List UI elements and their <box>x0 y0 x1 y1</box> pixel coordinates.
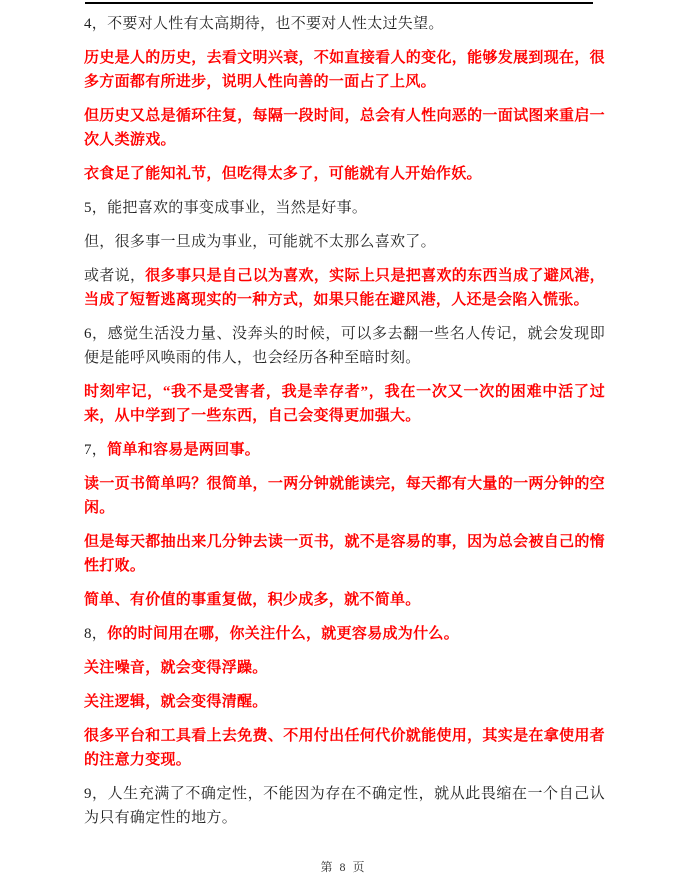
emphasis-text: 很多平台和工具看上去免费、不用付出任何代价就能使用，其实是在拿使用者的注意力变现… <box>84 728 605 768</box>
page-number-label: 第 8 页 <box>320 860 366 874</box>
paragraph: 8，你的时间用在哪，你关注什么，就更容易成为什么。 <box>84 622 605 646</box>
emphasis-text: 但是每天都抽出来几分钟去读一页书，就不是容易的事，因为总会被自己的惰性打败。 <box>84 534 605 574</box>
body-text: 4，不要对人性有太高期待，也不要对人性太过失望。 <box>84 16 444 32</box>
body-text: 5，能把喜欢的事变成事业，当然是好事。 <box>84 200 367 216</box>
emphasis-text: 你的时间用在哪，你关注什么，就更容易成为什么。 <box>107 626 459 642</box>
paragraph: 6，感觉生活没力量、没奔头的时候，可以多去翻一些名人传记，就会发现即便是能呼风唤… <box>84 322 605 370</box>
body-text: 6，感觉生活没力量、没奔头的时候，可以多去翻一些名人传记，就会发现即便是能呼风唤… <box>84 326 605 366</box>
emphasis-text: 但历史又总是循环往复，每隔一段时间，总会有人性向恶的一面试图来重启一次人类游戏。 <box>84 108 605 148</box>
paragraph: 很多平台和工具看上去免费、不用付出任何代价就能使用，其实是在拿使用者的注意力变现… <box>84 724 605 772</box>
body-text: 7， <box>84 442 107 458</box>
emphasis-text: 关注逻辑，就会变得清醒。 <box>84 694 268 710</box>
paragraph: 5，能把喜欢的事变成事业，当然是好事。 <box>84 196 605 220</box>
body-text: 8， <box>84 626 107 642</box>
emphasis-text: 历史是人的历史，去看文明兴衰，不如直接看人的变化，能够发展到现在，很多方面都有所… <box>84 50 605 90</box>
document-page: 4，不要对人性有太高期待，也不要对人性太过失望。历史是人的历史，去看文明兴衰，不… <box>0 0 687 894</box>
emphasis-text: 衣食足了能知礼节，但吃得太多了，可能就有人开始作妖。 <box>84 166 482 182</box>
emphasis-text: 很多事只是自己以为喜欢，实际上只是把喜欢的东西当成了避风港，当成了短暂逃离现实的… <box>84 268 605 308</box>
paragraph: 关注噪音，就会变得浮躁。 <box>84 656 605 680</box>
body-text: 但，很多事一旦成为事业，可能就不太那么喜欢了。 <box>84 234 436 250</box>
emphasis-text: 关注噪音，就会变得浮躁。 <box>84 660 268 676</box>
emphasis-text: 简单、有价值的事重复做，积少成多，就不简单。 <box>84 592 421 608</box>
emphasis-text: 时刻牢记，“我不是受害者，我是幸存者”，我在一次又一次的困难中活了过来，从中学到… <box>84 384 605 424</box>
paragraph: 时刻牢记，“我不是受害者，我是幸存者”，我在一次又一次的困难中活了过来，从中学到… <box>84 380 605 428</box>
body-text: 或者说， <box>84 268 145 284</box>
paragraph: 历史是人的历史，去看文明兴衰，不如直接看人的变化，能够发展到现在，很多方面都有所… <box>84 46 605 94</box>
page-footer: 第 8 页 <box>0 858 687 875</box>
emphasis-text: 读一页书简单吗？很简单，一两分钟就能读完，每天都有大量的一两分钟的空闲。 <box>84 476 605 516</box>
paragraph: 7，简单和容易是两回事。 <box>84 438 605 462</box>
paragraph: 关注逻辑，就会变得清醒。 <box>84 690 605 714</box>
page-top-border <box>85 2 593 4</box>
emphasis-text: 简单和容易是两回事。 <box>107 442 260 458</box>
paragraph: 简单、有价值的事重复做，积少成多，就不简单。 <box>84 588 605 612</box>
paragraph: 衣食足了能知礼节，但吃得太多了，可能就有人开始作妖。 <box>84 162 605 186</box>
paragraph: 读一页书简单吗？很简单，一两分钟就能读完，每天都有大量的一两分钟的空闲。 <box>84 472 605 520</box>
paragraph: 但是每天都抽出来几分钟去读一页书，就不是容易的事，因为总会被自己的惰性打败。 <box>84 530 605 578</box>
paragraph: 4，不要对人性有太高期待，也不要对人性太过失望。 <box>84 12 605 36</box>
paragraph: 9，人生充满了不确定性，不能因为存在不确定性，就从此畏缩在一个自己认为只有确定性… <box>84 782 605 830</box>
paragraph: 但，很多事一旦成为事业，可能就不太那么喜欢了。 <box>84 230 605 254</box>
document-body: 4，不要对人性有太高期待，也不要对人性太过失望。历史是人的历史，去看文明兴衰，不… <box>84 12 605 840</box>
paragraph: 或者说，很多事只是自己以为喜欢，实际上只是把喜欢的东西当成了避风港，当成了短暂逃… <box>84 264 605 312</box>
paragraph: 但历史又总是循环往复，每隔一段时间，总会有人性向恶的一面试图来重启一次人类游戏。 <box>84 104 605 152</box>
body-text: 9，人生充满了不确定性，不能因为存在不确定性，就从此畏缩在一个自己认为只有确定性… <box>84 786 605 826</box>
